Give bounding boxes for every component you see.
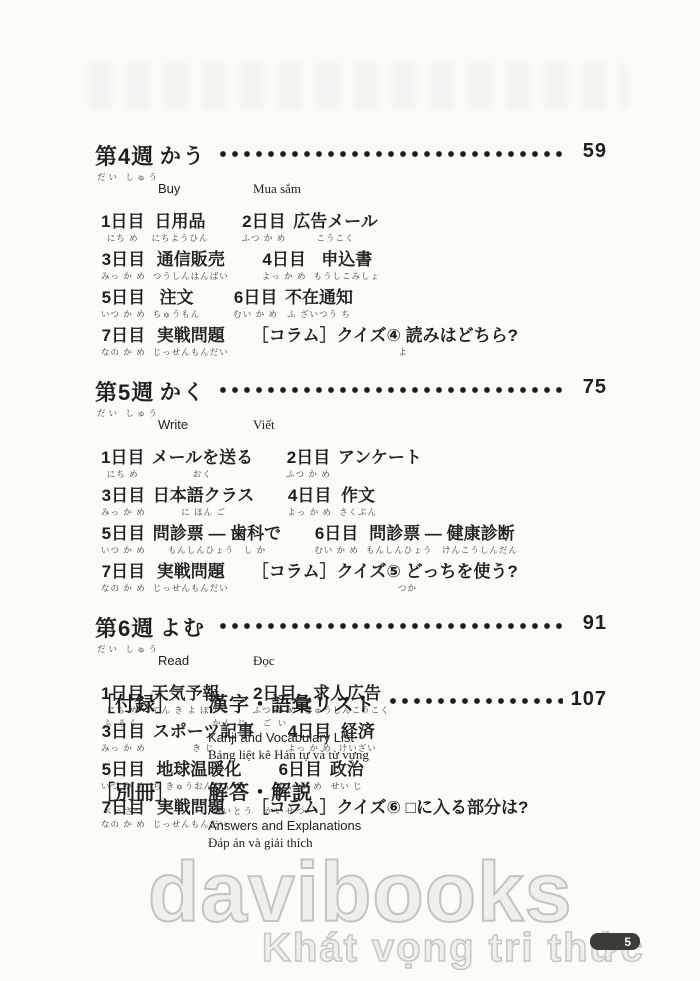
day-row: 5日目 いつ か め 注文 ちゅうもん 6日目 むい か め 不在通知	[95, 283, 607, 320]
appendix-title-text: 解答・解説	[208, 776, 313, 805]
dot-leader	[219, 150, 563, 158]
day-number-text: 4日目	[262, 245, 305, 270]
day-topic-text: 実戦問題	[157, 321, 225, 346]
day-row: 1日目 にち め メールを送る おく 2日目 ふつ か め アンケート	[95, 443, 607, 480]
day-topic-furigana: もんしんひょう し か	[168, 544, 266, 556]
week-label-furigana: だい しゅう	[95, 643, 160, 655]
translation-en: Kanji and Vocabulary List	[208, 730, 607, 747]
toc-day-entry: 4日目 よっ か め 申込書 もうしこみしょ	[262, 245, 387, 282]
week-heading: 第6週 だい しゅう よむ 91	[95, 612, 607, 655]
week-label-text: 第6週	[95, 612, 154, 643]
day-topic-furigana: つうしんはんばい	[153, 270, 229, 282]
day-topic-text: 問診票 ― 歯科で	[153, 519, 281, 544]
appendix-list: ［付録］ ふ ろく 漢字・語彙リスト かん じ ご い 107 Kanji an…	[95, 688, 607, 864]
appendix-label-text: ［別冊］	[95, 776, 175, 805]
day-topic: 通信販売 つうしんはんばい	[153, 245, 229, 282]
page-number-ref: 75	[569, 376, 607, 399]
page-number-badge: 5	[590, 933, 640, 950]
appendix-label-furigana: べっさつ	[95, 805, 145, 817]
week-title: かう	[160, 140, 206, 170]
day-number: 7日目 なの か め	[101, 557, 146, 594]
day-number-text: 6日目	[234, 283, 277, 308]
day-topic-furigana: にちようひん	[151, 232, 208, 244]
toc-section-week5: 第5週 だい しゅう かく 75 Write Viết 1日目 にち め	[95, 376, 607, 594]
day-number: 4日目 よっ か め	[262, 245, 307, 282]
watermark-davibooks: davibooks	[148, 850, 572, 934]
appendix-title-furigana: かん じ ご い	[208, 717, 288, 729]
day-number-furigana: いつ か め	[101, 308, 146, 320]
day-number-furigana: にち め	[107, 468, 139, 480]
day-number-furigana: にち め	[107, 232, 139, 244]
day-number: 5日目 いつ か め	[101, 519, 146, 556]
day-topic: 不在通知 ふ ざいつう ち	[285, 283, 353, 320]
column-note-text: ［コラム］クイズ⑤ どっちを使う?	[252, 557, 518, 582]
toc-day-entry: 1日目 にち め 日用品 にちようひん	[101, 207, 215, 244]
day-number: 7日目 なの か め	[101, 321, 146, 358]
day-topic: 注文 ちゅうもん	[153, 283, 201, 320]
day-topic-text: 注文	[159, 283, 193, 308]
week-label: 第4週 だい しゅう	[95, 140, 160, 183]
translation-en: Buy	[158, 181, 253, 197]
day-topic: 実戦問題 じっせんもんだい	[153, 321, 229, 358]
day-number-text: 2日目	[287, 443, 330, 468]
appendix-heading: ［付録］ ふ ろく 漢字・語彙リスト かん じ ご い 107	[95, 688, 607, 729]
toc-day-entry: 5日目 いつ か め 問診票 ― 歯科で もんしんひょう し か	[101, 519, 288, 556]
day-row: 5日目 いつ か め 問診票 ― 歯科で もんしんひょう し か 6日目 むい …	[95, 519, 607, 556]
day-topic: 作文 さくぶん	[339, 481, 377, 518]
day-number-furigana: よっ か め	[287, 506, 332, 518]
week-label-furigana: だい しゅう	[95, 171, 160, 183]
week-title-text: よむ	[160, 612, 206, 642]
day-topic-text: 申込書	[321, 245, 372, 270]
appendix-furoku: ［付録］ ふ ろく 漢字・語彙リスト かん じ ご い 107 Kanji an…	[95, 688, 607, 764]
translation-en: Answers and Explanations	[208, 818, 607, 835]
day-topic: 実戦問題 じっせんもんだい	[153, 557, 229, 594]
toc-day-entry: 2日目 ふつ か め 広告メール こうこく	[241, 207, 384, 244]
week-translations: Buy Mua sắm	[95, 181, 607, 197]
day-number-text: 6日目	[315, 519, 358, 544]
day-topic: 問診票 ― 歯科で もんしんひょう し か	[153, 519, 281, 556]
toc-day-entry: 6日目 むい か め 不在通知 ふ ざいつう ち	[233, 283, 360, 320]
day-number-furigana: なの か め	[101, 346, 146, 358]
day-topic-text: 問診票 ― 健康診断	[369, 519, 514, 544]
toc-day-entry: 5日目 いつ か め 注文 ちゅうもん	[101, 283, 207, 320]
page-number-ref: 107	[569, 688, 607, 711]
toc-day-entry: 1日目 にち め メールを送る おく	[101, 443, 260, 480]
day-number-text: 1日目	[101, 207, 144, 232]
day-number-furigana: むい か め	[314, 544, 359, 556]
day-number-furigana: ふつ か め	[241, 232, 286, 244]
week-title: かく	[160, 376, 206, 406]
day-topic-furigana: さくぶん	[339, 506, 377, 518]
dot-leader	[219, 622, 563, 630]
day-number: 2日目 ふつ か め	[241, 207, 286, 244]
week-label: 第5週 だい しゅう	[95, 376, 160, 419]
day-topic: アンケート	[338, 443, 422, 480]
toc-day-entry: 3日目 みっ か め 通信販売 つうしんはんばい	[101, 245, 236, 282]
column-note: ［コラム］クイズ⑤ どっちを使う? つか	[252, 557, 518, 594]
day-number-text: 5日目	[102, 283, 145, 308]
day-number-text: 3日目	[102, 245, 145, 270]
day-number-furigana: むい か め	[233, 308, 278, 320]
watermark-slogan: Khát vọng tri thức	[262, 928, 645, 968]
day-number: 6日目 むい か め	[314, 519, 359, 556]
day-row: 7日目 なの か め 実戦問題 じっせんもんだい ［コラム］クイズ④ 読みはどち…	[95, 321, 607, 358]
week-translations: Read Đọc	[95, 653, 607, 669]
appendix-title: 解答・解説 かいとう かいせつ	[208, 776, 313, 817]
translation-en: Read	[158, 653, 253, 669]
toc-day-entry: 7日目 なの か め 実戦問題 じっせんもんだい ［コラム］クイズ⑤ どっちを使…	[101, 557, 525, 594]
day-topic-text: 実戦問題	[157, 557, 225, 582]
toc-day-entry: 2日目 ふつ か め アンケート	[286, 443, 429, 480]
day-row: 1日目 にち め 日用品 にちようひん 2日目 ふつ か め 広告メール	[95, 207, 607, 244]
week-label-furigana: だい しゅう	[95, 407, 160, 419]
week-label-text: 第4週	[95, 140, 154, 171]
week-title-text: かく	[160, 376, 206, 406]
day-number: 4日目 よっ か め	[287, 481, 332, 518]
toc-day-entry: 3日目 みっ か め 日本語クラス に ほん ご	[101, 481, 261, 518]
day-number-text: 7日目	[102, 557, 145, 582]
toc-day-entry: 7日目 なの か め 実戦問題 じっせんもんだい ［コラム］クイズ④ 読みはどち…	[101, 321, 525, 358]
toc-section-week4: 第4週 だい しゅう かう 59 Buy Mua sắm 1日目 にち め	[95, 140, 607, 358]
print-bleed-through	[88, 62, 628, 110]
appendix-title: 漢字・語彙リスト かん じ ご い	[208, 688, 376, 729]
week-label-text: 第5週	[95, 376, 154, 407]
day-topic-furigana: おく	[193, 468, 212, 480]
week-heading: 第4週 だい しゅう かう 59	[95, 140, 607, 183]
week-title-text: かう	[160, 140, 206, 170]
day-topic: 日本語クラス に ほん ご	[153, 481, 255, 518]
appendix-label: ［別冊］ べっさつ	[95, 776, 208, 817]
page-number-ref: 91	[569, 612, 607, 635]
book-page: 第4週 だい しゅう かう 59 Buy Mua sắm 1日目 にち め	[0, 0, 700, 981]
day-number-furigana: みっ か め	[101, 506, 146, 518]
day-topic-furigana: に ほん ご	[181, 506, 226, 518]
day-topic-text: 日本語クラス	[153, 481, 255, 506]
day-row: 3日目 みっ か め 日本語クラス に ほん ご 4日目 よっ か め 作文	[95, 481, 607, 518]
column-note-text: ［コラム］クイズ④ 読みはどちら?	[252, 321, 518, 346]
appendix-title-furigana: かいとう かいせつ	[208, 805, 307, 817]
page-number-text: 5	[624, 935, 631, 949]
appendix-label-furigana: ふ ろく	[95, 717, 139, 729]
day-topic: 申込書 もうしこみしょ	[313, 245, 380, 282]
appendix-bessatsu: ［別冊］ べっさつ 解答・解説 かいとう かいせつ Answers and Ex…	[95, 776, 607, 852]
appendix-label: ［付録］ ふ ろく	[95, 688, 208, 729]
translation-vi: Mua sắm	[253, 181, 301, 197]
week-translations: Write Viết	[95, 417, 607, 433]
day-topic-text: 不在通知	[285, 283, 353, 308]
day-topic-furigana: じっせんもんだい	[153, 346, 229, 358]
day-number-text: 7日目	[102, 321, 145, 346]
appendix-label-text: ［付録］	[95, 688, 175, 717]
day-number-text: 3日目	[102, 481, 145, 506]
translation-en: Write	[158, 417, 253, 433]
page-number-ref: 59	[569, 140, 607, 163]
week-title: よむ	[160, 612, 206, 642]
day-topic-furigana: ふ ざいつう ち	[287, 308, 351, 320]
day-topic: 広告メール こうこく	[293, 207, 378, 244]
day-number-text: 2日目	[242, 207, 285, 232]
translation-vi: Viết	[253, 417, 275, 433]
day-number-text: 4日目	[288, 481, 331, 506]
day-number: 3日目 みっ か め	[101, 481, 146, 518]
day-number: 1日目 にち め	[101, 207, 144, 244]
appendix-translations: Kanji and Vocabulary List Bảng liệt kê H…	[95, 730, 607, 764]
day-number-furigana: ふつ か め	[286, 468, 331, 480]
day-number: 6日目 むい か め	[233, 283, 278, 320]
appendix-title-text: 漢字・語彙リスト	[208, 688, 376, 717]
day-topic-furigana: もんしんひょう けんこうしんだん	[366, 544, 518, 556]
day-topic: メールを送る おく	[151, 443, 253, 480]
day-topic-furigana: じっせんもんだい	[153, 582, 229, 594]
dot-leader	[219, 386, 563, 394]
week-label: 第6週 だい しゅう	[95, 612, 160, 655]
day-number: 1日目 にち め	[101, 443, 144, 480]
translation-vi: Bảng liệt kê Hán tự và từ vựng	[208, 747, 607, 764]
toc-day-entry: 4日目 よっ か め 作文 さくぶん	[287, 481, 384, 518]
day-topic-furigana: もうしこみしょ	[313, 270, 380, 282]
toc-day-entry: 6日目 むい か め 問診票 ― 健康診断 もんしんひょう けんこうしんだん	[314, 519, 525, 556]
day-number-furigana: よっ か め	[262, 270, 307, 282]
column-note-furigana: よ	[252, 346, 518, 358]
day-number-furigana: なの か め	[101, 582, 146, 594]
translation-vi: Đọc	[253, 653, 275, 669]
day-topic-furigana: ちゅうもん	[153, 308, 201, 320]
day-topic: 日用品 にちようひん	[151, 207, 208, 244]
week-heading: 第5週 だい しゅう かく 75	[95, 376, 607, 419]
day-topic-text: メールを送る	[151, 443, 253, 468]
column-note-furigana: つか	[252, 582, 518, 594]
day-topic-text: 日用品	[154, 207, 205, 232]
day-row: 7日目 なの か め 実戦問題 じっせんもんだい ［コラム］クイズ⑤ どっちを使…	[95, 557, 607, 594]
day-number: 5日目 いつ か め	[101, 283, 146, 320]
column-note: ［コラム］クイズ④ 読みはどちら? よ	[252, 321, 518, 358]
day-number: 3日目 みっ か め	[101, 245, 146, 282]
day-number-text: 5日目	[102, 519, 145, 544]
day-topic-text: 作文	[341, 481, 375, 506]
day-number-text: 1日目	[101, 443, 144, 468]
day-number: 2日目 ふつ か め	[286, 443, 331, 480]
dot-leader	[389, 697, 563, 705]
day-row: 3日目 みっ か め 通信販売 つうしんはんばい 4日目 よっ か め 申込書	[95, 245, 607, 282]
day-topic: 問診票 ― 健康診断 もんしんひょう けんこうしんだん	[366, 519, 518, 556]
day-number-furigana: いつ か め	[101, 544, 146, 556]
appendix-heading: ［別冊］ べっさつ 解答・解説 かいとう かいせつ	[95, 776, 607, 817]
day-topic-text: 広告メール	[293, 207, 378, 232]
day-topic-furigana: こうこく	[317, 232, 355, 244]
day-topic-text: 通信販売	[157, 245, 225, 270]
day-topic-text: アンケート	[338, 443, 422, 468]
day-number-furigana: みっ か め	[101, 270, 146, 282]
